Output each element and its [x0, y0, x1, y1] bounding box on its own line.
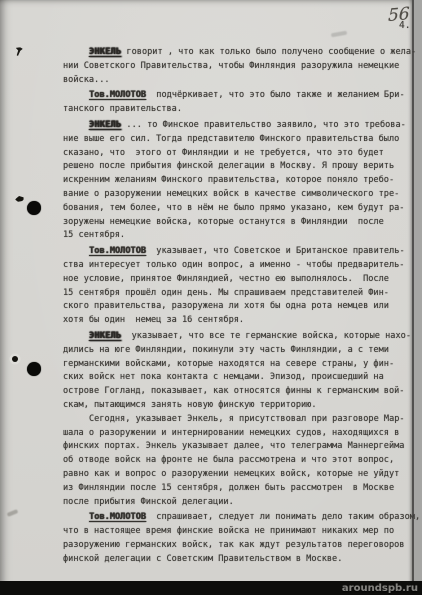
line-text: скам, пытающимся занять новую финскую те… [63, 399, 411, 413]
speaker-name: Тов.МОЛОТОВ [89, 512, 146, 522]
paper-edge-line [412, 0, 414, 595]
hole-punch-top [27, 201, 41, 215]
speaker-name: ЭНКЕЛЬ [89, 331, 121, 341]
paragraph: ЭНКЕЛЬ ... то Финское правительство заяв… [63, 119, 411, 243]
line-text: дились на юге Финляндии, покинули эту ча… [63, 344, 411, 358]
line-text: подчёркивает, что это было также и желан… [146, 90, 405, 100]
line-text: Сегодня, указывает Энкель, я присутствов… [89, 414, 405, 424]
line-text: ского правительства, разоружена ли хотя … [63, 300, 411, 314]
line-text: ских войск нет пока контакта с немцами. … [63, 371, 411, 385]
line-text: 15 сентября прошёл один день. Мы спрашив… [63, 287, 411, 301]
scanner-background-strip [413, 0, 422, 595]
line-text: ное условие, принятое Финляндией, честно… [63, 273, 411, 287]
paragraph-first-line: Сегодня, указывает Энкель, я присутствов… [63, 413, 411, 427]
paragraph-first-line: ЭНКЕЛЬ ... то Финское правительство заяв… [63, 119, 411, 133]
line-text: германскими войсками, которые находятся … [63, 358, 411, 372]
line-text: об отводе войск на фронте не была рассмо… [63, 454, 411, 468]
line-text: шала о разоружении и интернировании неме… [63, 427, 411, 441]
paragraph: Тов.МОЛОТОВ подчёркивает, что это было т… [63, 89, 411, 117]
paragraph: ЭНКЕЛЬ указывает, что все те германские … [63, 330, 411, 413]
paragraph-first-line: ЭНКЕЛЬ говорит , что как только было пол… [63, 46, 411, 60]
paragraph-first-line: Тов.МОЛОТОВ подчёркивает, что это было т… [63, 89, 411, 103]
paragraph-first-line: Тов.МОЛОТОВ спрашивает, следует ли поним… [63, 511, 411, 525]
line-text: острове Гогланд, показывает, как относят… [63, 385, 411, 399]
document-body: ЭНКЕЛЬ говорит , что как только было пол… [63, 46, 411, 566]
paragraph: ЭНКЕЛЬ говорит , что как только было пол… [63, 46, 411, 87]
page-number: 4. [399, 20, 410, 31]
ink-mark-top-left [14, 46, 23, 56]
line-text: ние выше его сил. Тогда представителю Фи… [63, 133, 411, 147]
paragraph-first-line: Тов.МОЛОТОВ указывает, что Советское и Б… [63, 245, 411, 259]
line-text: говорит , что как только было получено с… [121, 47, 416, 57]
line-text: хотя бы один немец за 16 сентября. [63, 314, 411, 328]
paragraph: Тов.МОЛОТОВ указывает, что Советское и Б… [63, 245, 411, 328]
paragraph: Тов.МОЛОТОВ спрашивает, следует ли поним… [63, 511, 411, 566]
ink-dot-near-punch [12, 356, 18, 362]
hole-punch-bottom [27, 362, 41, 376]
line-text: из Финляндии после 15 сентября, должен б… [63, 482, 411, 496]
line-text: спрашивает, следует ли понимать дело так… [146, 512, 420, 522]
line-text: сказано, что этого от Финляндии и не тре… [63, 147, 411, 161]
line-text: ства интересует только один вопрос, а им… [63, 259, 411, 273]
speaker-name: Тов.МОЛОТОВ [89, 246, 146, 256]
line-text: бования, тем более, что в нём не было пр… [63, 202, 411, 216]
line-text: искренним желаниям Финского правительств… [63, 174, 411, 188]
paragraph-first-line: ЭНКЕЛЬ указывает, что все те германские … [63, 330, 411, 344]
line-text: разоружению германских войск, так как жд… [63, 539, 411, 553]
line-text: танского правительства. [63, 103, 411, 117]
line-text: зоружены немецкие войска, которые остану… [63, 216, 411, 230]
line-text: вание о разоружении немецких войск в кач… [63, 188, 411, 202]
paragraph: Сегодня, указывает Энкель, я присутствов… [63, 413, 411, 510]
ink-mark-near-punch [14, 195, 24, 203]
ink-smudge-top [331, 31, 347, 38]
ink-smudge-left [7, 509, 19, 517]
line-text: равно как и вопрос о разоружении немецки… [63, 468, 411, 482]
line-text: указывает, что все те германские войска,… [121, 331, 411, 341]
scanner-bottom-strip: aroundspb.ru [0, 581, 422, 595]
line-text: 15 сентября. [63, 229, 411, 243]
line-text: войска... [63, 74, 411, 88]
scanned-document: 56 4. ЭНКЕЛЬ говорит , что как только бы… [0, 0, 422, 595]
line-text: финских портах. Энкель указывает далее, … [63, 440, 411, 454]
speaker-name: Тов.МОЛОТОВ [89, 90, 146, 100]
line-text: указывает, что Советское и Британское пр… [146, 246, 405, 256]
line-text: ... то Финское правительство заявило, чт… [121, 120, 406, 130]
speaker-name: ЭНКЕЛЬ [89, 120, 121, 130]
speaker-name: ЭНКЕЛЬ [89, 47, 121, 57]
watermark: aroundspb.ru [342, 583, 418, 594]
paper-sheet: 56 4. ЭНКЕЛЬ говорит , что как только бы… [0, 0, 412, 595]
line-text: что в настоящее время финские войска не … [63, 525, 411, 539]
line-text: решено после прибытия финской делегации … [63, 160, 411, 174]
line-text: нии Советского Правительства, чтобы Финл… [63, 60, 411, 74]
line-text: после прибытия Финской делегации. [63, 496, 411, 510]
line-text: финской делегации с Советским Правительс… [63, 553, 411, 567]
